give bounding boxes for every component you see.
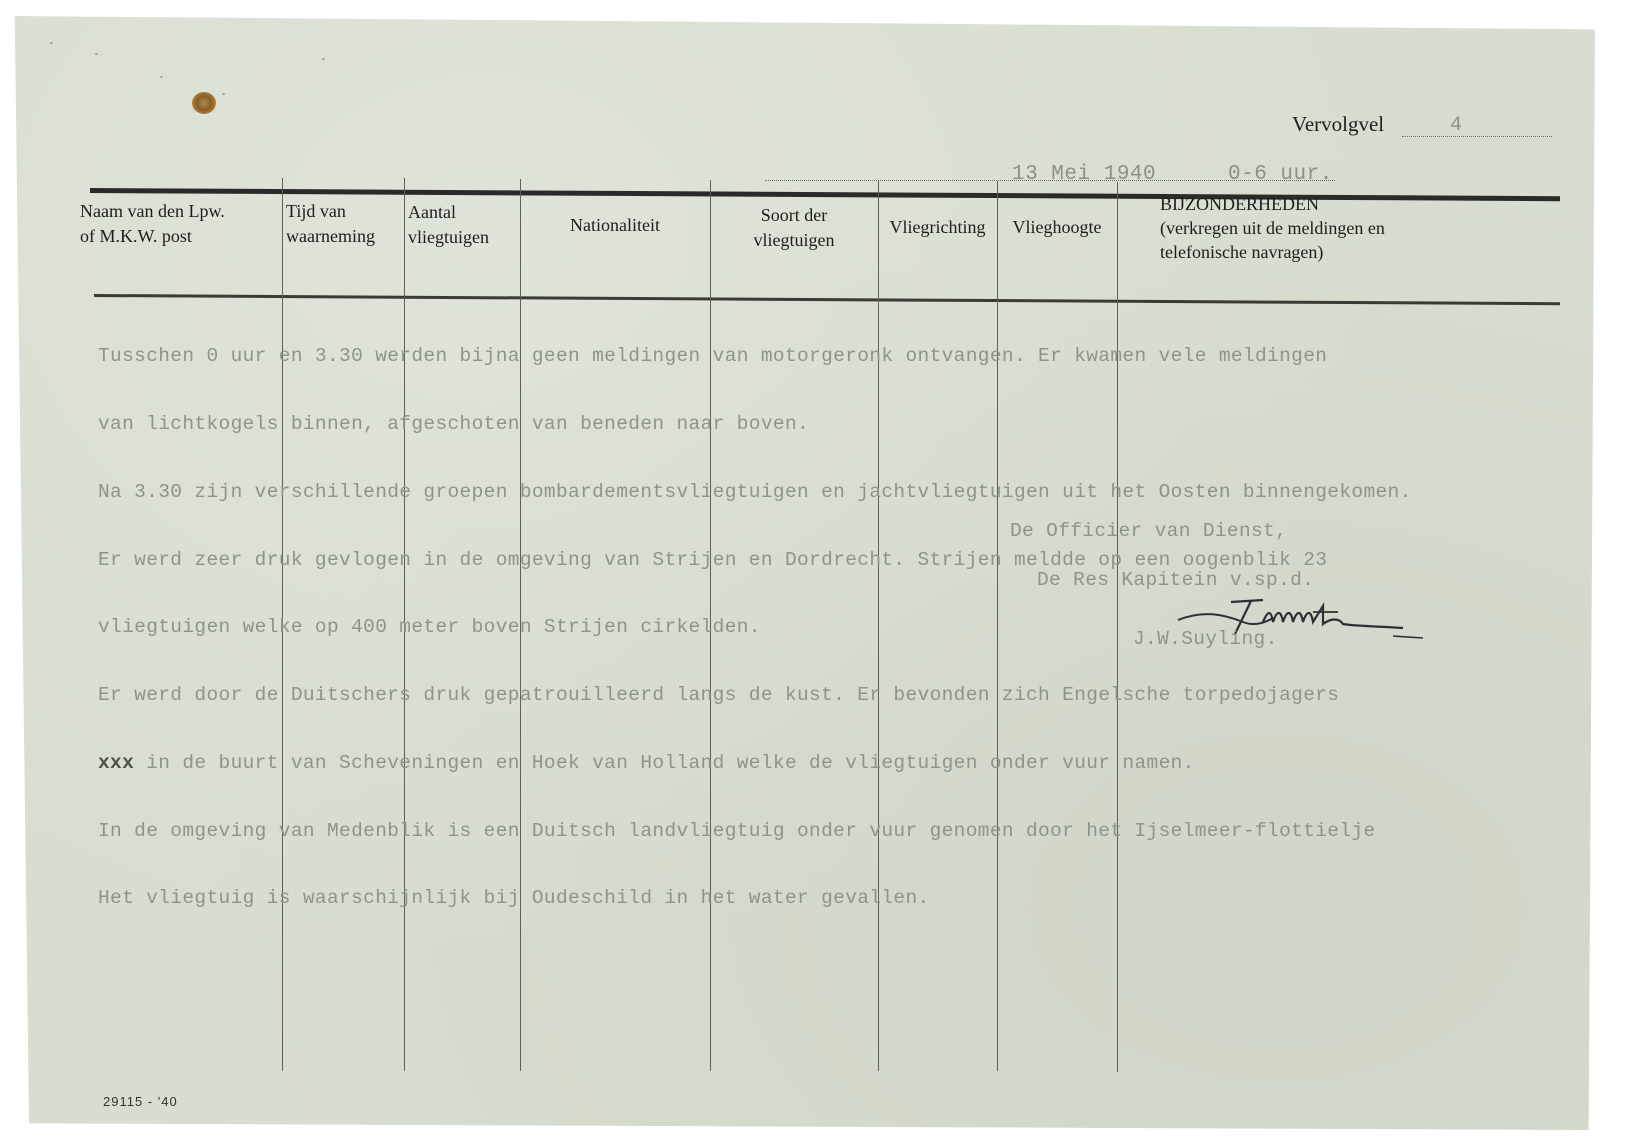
column-header-time: Tijd van waarneming — [286, 199, 404, 249]
report-line: Er werd zeer druk gevlogen in de omgevin… — [98, 549, 1412, 572]
column-header-post: Naam van den Lpw. of M.K.W. post — [80, 199, 280, 249]
column-header-details: BIJZONDERHEDEN (verkregen uit de melding… — [1160, 192, 1540, 264]
report-line: Na 3.30 zijn verschillende groepen bomba… — [98, 481, 1412, 504]
paper-speck — [50, 42, 53, 44]
form-number: 29115 - '40 — [103, 1094, 178, 1109]
struck-out-text: xxx — [98, 752, 134, 774]
sheet-number-dotted-line — [1402, 136, 1552, 137]
report-time-range: 0-6 uur. — [1228, 163, 1333, 186]
signature-rank: De Res Kapitein v.sp.d. — [1037, 569, 1314, 591]
report-line: Er werd door de Duitschers druk gepatrou… — [98, 684, 1412, 707]
column-header-aircraft-type: Soort der vliegtuigen — [710, 203, 878, 253]
column-header-nationality: Nationaliteit — [520, 213, 710, 238]
paper-speck — [95, 53, 98, 55]
report-line-struck: xxx in de buurt van Scheveningen en Hoek… — [98, 752, 1412, 775]
rust-stain — [192, 92, 216, 114]
signatory-name: J.W.Suyling. — [1133, 628, 1278, 650]
column-header-count: Aantal vliegtuigen — [408, 200, 520, 250]
paper-speck — [160, 76, 163, 78]
column-header-altitude: Vlieghoogte — [997, 215, 1117, 240]
sheet-number: 4 — [1450, 114, 1462, 137]
report-line: Het vliegtuig is waarschijnlijk bij Oude… — [98, 887, 1412, 910]
paper-speck — [322, 58, 325, 60]
column-header-direction: Vliegrichting — [878, 215, 997, 240]
document-sheet: Vervolgvel 4 13 Mei 1940 0-6 uur. Naam v… — [10, 16, 1595, 1130]
sheet-label: Vervolgvel — [1292, 112, 1384, 137]
report-date: 13 Mei 1940 — [1012, 163, 1156, 186]
report-line: In de omgeving van Medenblik is een Duit… — [98, 820, 1412, 843]
report-line: Tusschen 0 uur en 3.30 werden bijna geen… — [98, 345, 1412, 368]
report-line: van lichtkogels binnen, afgeschoten van … — [98, 413, 1412, 436]
signature-title: De Officier van Dienst, — [1010, 520, 1287, 542]
paper-speck — [222, 93, 225, 95]
